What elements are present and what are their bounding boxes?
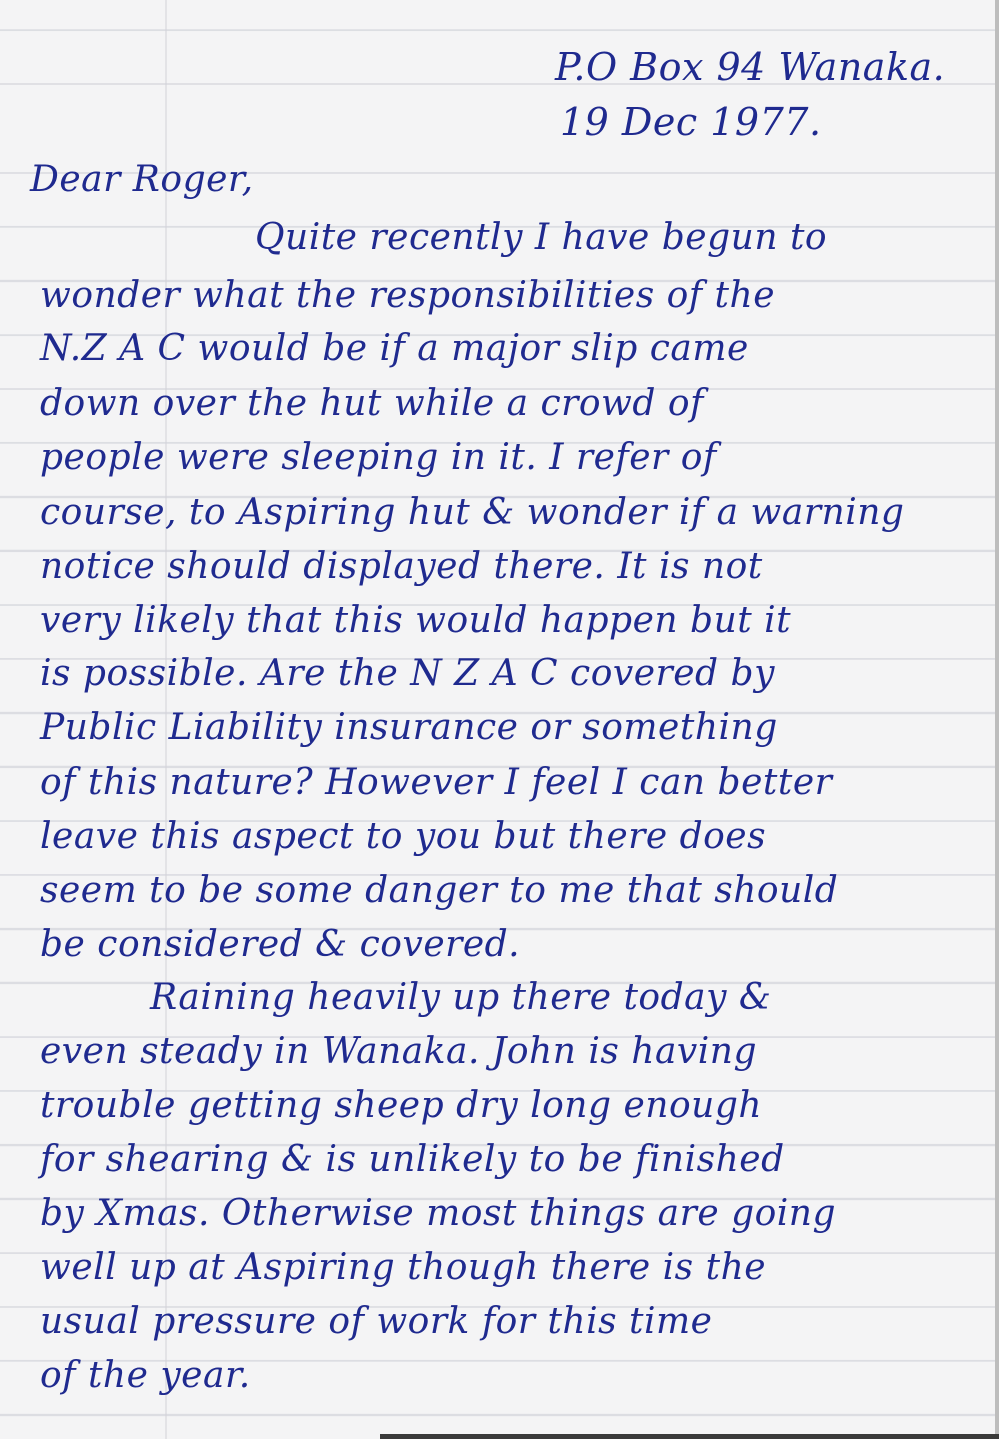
page-edge-bottom bbox=[380, 1434, 999, 1439]
letter-line: for shearing & is unlikely to be finishe… bbox=[40, 1142, 785, 1178]
letter-line: course, to Aspiring hut & wonder if a wa… bbox=[40, 495, 904, 531]
letter-date: 19 Dec 1977. bbox=[560, 103, 822, 141]
letter-line: of the year. bbox=[40, 1358, 251, 1394]
letter-line: be considered & covered. bbox=[40, 927, 520, 963]
letter-line: usual pressure of work for this time bbox=[40, 1304, 712, 1340]
page-edge-right bbox=[995, 0, 999, 1439]
letter-line: trouble getting sheep dry long enough bbox=[40, 1088, 762, 1124]
letter-line: is possible. Are the N Z A C covered by bbox=[40, 656, 775, 692]
letter-line: even steady in Wanaka. John is having bbox=[40, 1034, 757, 1070]
letter-address: P.O Box 94 Wanaka. bbox=[555, 48, 945, 86]
letter-line: notice should displayed there. It is not bbox=[40, 549, 763, 585]
letter-line: very likely that this would happen but i… bbox=[40, 603, 791, 639]
letter-line: people were sleeping in it. I refer of bbox=[40, 440, 717, 476]
letter-line: Raining heavily up there today & bbox=[150, 980, 771, 1016]
letter-line: well up at Aspiring though there is the bbox=[40, 1250, 766, 1286]
letter-line: seem to be some danger to me that should bbox=[40, 873, 838, 909]
letter-line: Quite recently I have begun to bbox=[255, 220, 827, 256]
letter-line: by Xmas. Otherwise most things are going bbox=[40, 1196, 836, 1232]
letter-salutation: Dear Roger, bbox=[30, 162, 254, 198]
letter-line: wonder what the responsibilities of the bbox=[40, 278, 775, 314]
letter-line: Public Liability insurance or something bbox=[40, 710, 778, 746]
letter-line: leave this aspect to you but there does bbox=[40, 819, 766, 855]
letter-line: down over the hut while a crowd of bbox=[40, 386, 704, 422]
letter-line: of this nature? However I feel I can bet… bbox=[40, 765, 832, 801]
letter-line: N.Z A C would be if a major slip came bbox=[40, 331, 749, 367]
